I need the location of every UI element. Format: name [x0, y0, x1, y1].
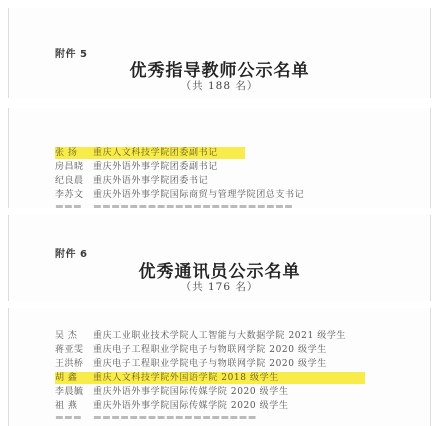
person-org: 重庆电子工程职业学院电子与物联网学院 2020 级学生 — [93, 357, 327, 371]
list-item: 张 扬 重庆人文科技学院团委副书记 — [55, 146, 430, 160]
attachment6-heading-panel: 附件 6 优秀通讯员公示名单 （共 176 名） — [8, 215, 431, 301]
person-org: 重庆外语外事学院团委书记 — [93, 174, 208, 188]
person-name: 胡 鑫 — [55, 371, 93, 385]
person-org: 重庆工业职业技术学院人工智能与大数据学院 2021 级学生 — [93, 329, 346, 343]
teacher-list: 张 扬 重庆人文科技学院团委副书记 房昌晓 重庆外语外事学院团委副书记 纪良晨 … — [55, 146, 430, 208]
person-name: 李晨毓 — [55, 385, 93, 399]
list-item: 房昌晓 重庆外语外事学院团委副书记 — [55, 160, 430, 174]
communicator-list: 吴 杰 重庆工业职业技术学院人工智能与大数据学院 2021 级学生 蒋亚雯 重庆… — [55, 329, 430, 419]
list-item: 王洪桥 重庆电子工程职业学院电子与物联网学院 2020 级学生 — [55, 357, 430, 371]
person-org: 重庆人文科技学院外国语学院 2018 级学生 — [93, 371, 279, 385]
person-org: 重庆外语外事学院国际商贸与管理学院团总支书记 — [93, 188, 304, 202]
person-org: 重庆外语外事学院团委副书记 — [93, 160, 218, 174]
attachment5-heading-panel: 附件 5 优秀指导教师公示名单 （共 188 名） — [8, 8, 431, 98]
truncated-row: ▬▬▬▬▬▬▬▬▬▬▬▬▬▬▬▬▬▬▬▬▬▬▬▬▬ — [55, 202, 430, 208]
person-org: 重庆电子工程职业学院电子与物联网学院 2020 级学生 — [93, 343, 327, 357]
person-name: 吴 杰 — [55, 329, 93, 343]
attachment6-list-panel: 吴 杰 重庆工业职业技术学院人工智能与大数据学院 2021 级学生 蒋亚雯 重庆… — [8, 308, 431, 426]
list-item: 胡 鑫 重庆人文科技学院外国语学院 2018 级学生 — [55, 371, 430, 385]
person-name: 房昌晓 — [55, 160, 93, 174]
person-org: 重庆外语外事学院国际传媒学院 2020 级学生 — [93, 385, 288, 399]
person-name: 张 扬 — [55, 146, 93, 160]
list-item: 李苏文 重庆外语外事学院国际商贸与管理学院团总支书记 — [55, 188, 430, 202]
person-name: 王洪桥 — [55, 357, 93, 371]
list-item: 祖 燕 重庆外语外事学院国际传媒学院 2020 级学生 — [55, 399, 430, 413]
list-item: 李晨毓 重庆外语外事学院国际传媒学院 2020 级学生 — [55, 385, 430, 399]
attachment6-count: （共 176 名） — [9, 279, 430, 294]
person-org: 重庆外语外事学院国际传媒学院 2020 级学生 — [93, 399, 288, 413]
list-item: 吴 杰 重庆工业职业技术学院人工智能与大数据学院 2021 级学生 — [55, 329, 430, 343]
attachment5-list-panel: 张 扬 重庆人文科技学院团委副书记 房昌晓 重庆外语外事学院团委副书记 纪良晨 … — [8, 108, 431, 208]
person-name: 纪良晨 — [55, 174, 93, 188]
person-org: 重庆人文科技学院团委副书记 — [93, 146, 218, 160]
list-item: 蒋亚雯 重庆电子工程职业学院电子与物联网学院 2020 级学生 — [55, 343, 430, 357]
list-item: 纪良晨 重庆外语外事学院团委书记 — [55, 174, 430, 188]
truncated-row: ▬▬▬▬▬▬▬▬▬▬▬▬▬▬▬▬▬▬▬▬▬ — [55, 413, 430, 419]
person-name: 蒋亚雯 — [55, 343, 93, 357]
person-name: 祖 燕 — [55, 399, 93, 413]
attachment5-count: （共 188 名） — [9, 78, 430, 93]
person-name: 李苏文 — [55, 188, 93, 202]
